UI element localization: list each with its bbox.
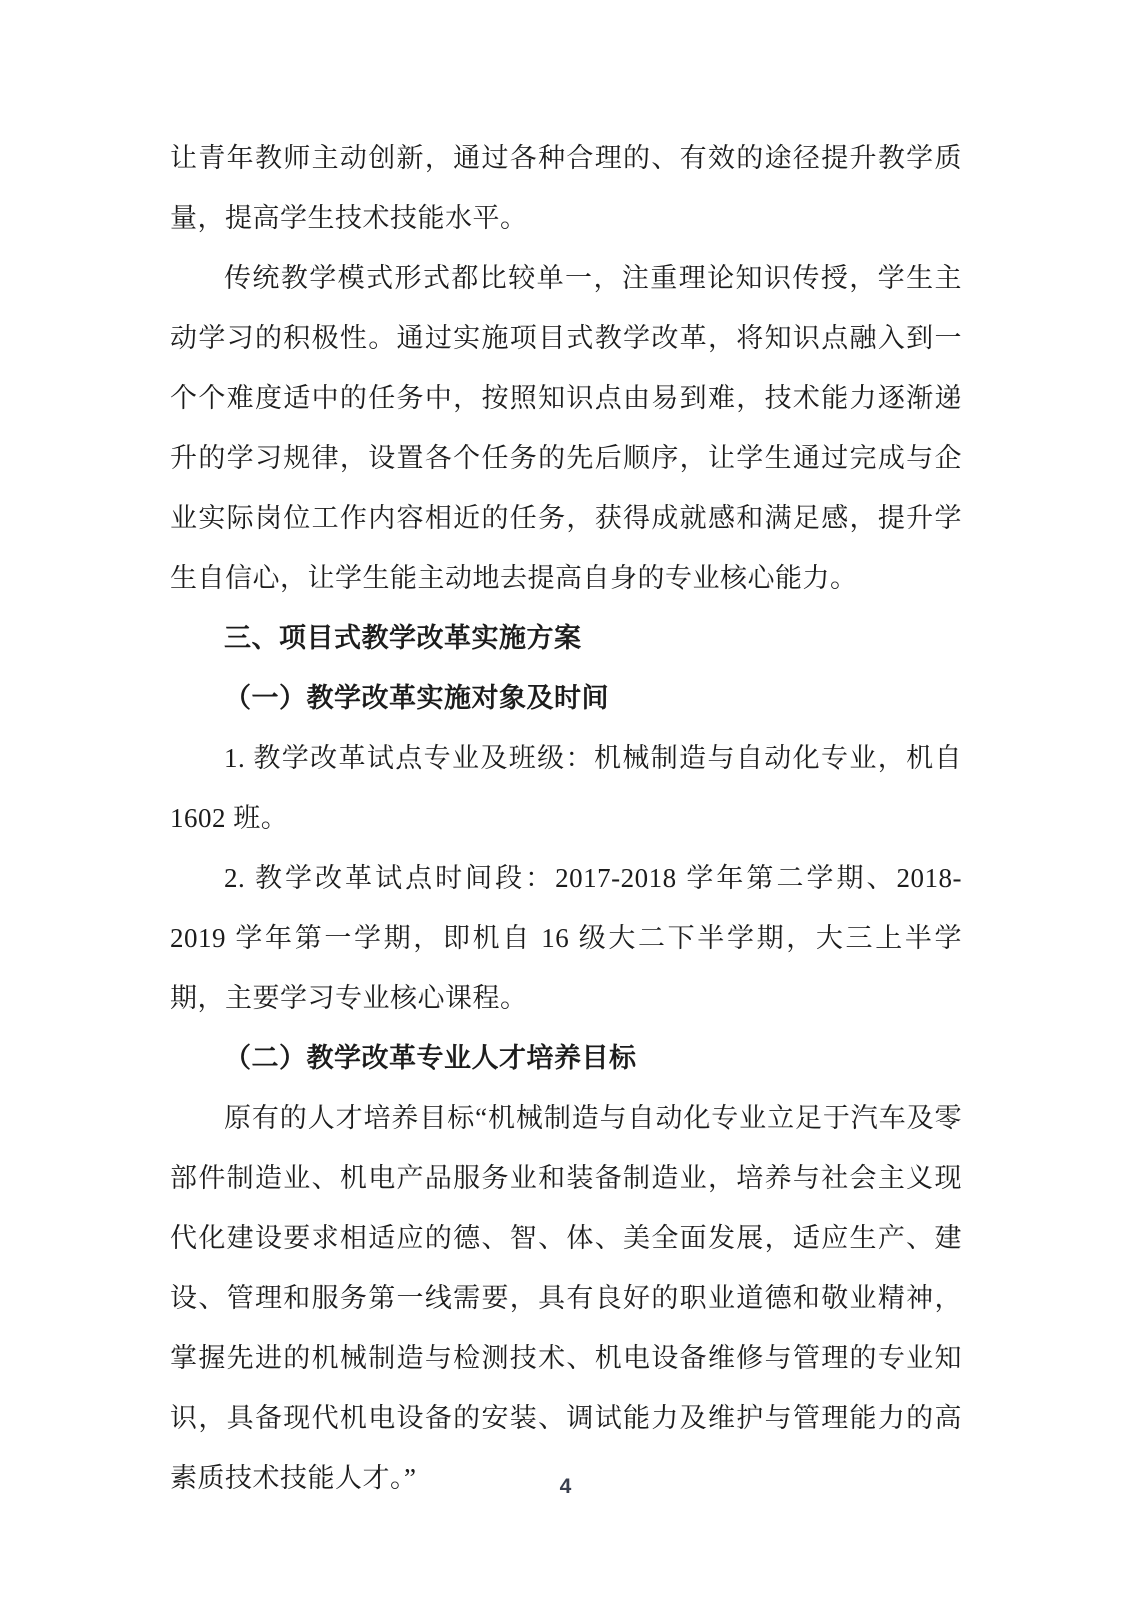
paragraph-list-item-1: 1. 教学改革试点专业及班级：机械制造与自动化专业，机自 1602 班。	[170, 728, 962, 848]
document-page: 让青年教师主动创新，通过各种合理的、有效的途径提升教学质量，提高学生技术技能水平…	[0, 0, 1131, 1600]
paragraph-training-goal: 原有的人才培养目标“机械制造与自动化专业立足于汽车及零部件制造业、机电产品服务业…	[170, 1088, 962, 1508]
paragraph-traditional-teaching: 传统教学模式形式都比较单一，注重理论知识传授，学生主动学习的积极性。通过实施项目…	[170, 248, 962, 608]
subsection-heading-1: （一）教学改革实施对象及时间	[170, 668, 962, 728]
paragraph-list-item-2: 2. 教学改革试点时间段：2017-2018 学年第二学期、2018-2019 …	[170, 848, 962, 1028]
page-number: 4	[560, 1472, 572, 1502]
section-heading-3: 三、项目式教学改革实施方案	[170, 608, 962, 668]
subsection-heading-2: （二）教学改革专业人才培养目标	[170, 1028, 962, 1088]
page-footer: 4	[0, 1472, 1131, 1502]
document-body: 让青年教师主动创新，通过各种合理的、有效的途径提升教学质量，提高学生技术技能水平…	[170, 128, 962, 1508]
paragraph-continuation: 让青年教师主动创新，通过各种合理的、有效的途径提升教学质量，提高学生技术技能水平…	[170, 128, 962, 248]
